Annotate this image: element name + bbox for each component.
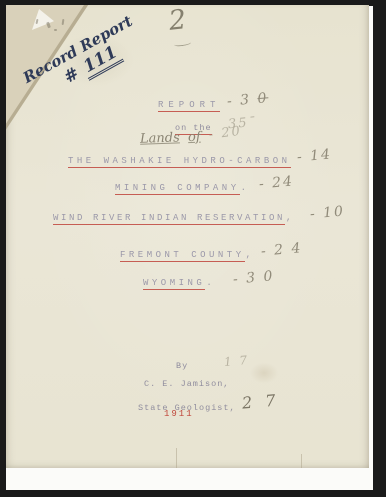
byline-role: State Geologist,2 7 — [138, 395, 279, 414]
company1-text: THE WASHAKIE HYDRO-CARBON — [68, 156, 291, 168]
by-text: By — [176, 361, 188, 371]
report-annotation-struck: 0 — [257, 90, 269, 107]
document-page: Record Report # 111 2 REPORT- 3 0 on the… — [6, 5, 369, 468]
county-annotation: - 2 4 — [260, 240, 303, 260]
title-line-company2: MINING COMPANY.- 24 — [115, 178, 294, 194]
title-line-reservation: WIND RIVER INDIAN RESERVATION,- 10 — [53, 208, 345, 224]
byline-year: 1911 — [164, 409, 194, 419]
state-text: WYOMING — [143, 278, 205, 290]
lands-annotation: - 20 — [208, 124, 243, 143]
reservation-annotation: - 10 — [309, 204, 345, 223]
by-annotation: 1 7 — [224, 353, 250, 369]
state-punct: . — [206, 278, 215, 288]
byline-author: C. E. Jamison, — [144, 379, 229, 389]
report-text: REPORT — [158, 100, 220, 112]
company1-annotation: - 14 — [296, 147, 332, 166]
county-punct: , — [246, 250, 255, 260]
page-number-flourish — [174, 40, 192, 47]
paper-crease — [301, 454, 302, 468]
byline-by: By1 7 — [176, 357, 249, 371]
scanned-document-frame: Record Report # 111 2 REPORT- 3 0 on the… — [0, 0, 386, 497]
report-annotation: - 3 0 — [227, 90, 270, 110]
page-number: 2 — [167, 4, 187, 37]
lands-word: Lands — [140, 130, 180, 146]
title-line-county: FREMONT COUNTY,- 2 4 — [120, 245, 302, 261]
county-text: FREMONT COUNTY — [120, 250, 245, 262]
state-annotation: - 3 0 — [233, 268, 276, 288]
title-line-report: REPORT- 3 0 — [158, 95, 269, 111]
role-annotation: 2 7 — [241, 390, 280, 412]
pencil-speck — [54, 29, 57, 31]
of-word: of — [188, 130, 201, 145]
title-line-state: WYOMING.- 3 0 — [143, 273, 275, 289]
reservation-punct: , — [286, 213, 294, 223]
title-line-company1: THE WASHAKIE HYDRO-CARBON- 14 — [68, 151, 332, 167]
title-line-lands-of: Lands of- 20 — [140, 128, 242, 147]
company2-punct: . — [241, 183, 250, 193]
company2-annotation: - 24 — [258, 174, 294, 193]
reservation-text: WIND RIVER INDIAN RESERVATION — [53, 213, 285, 225]
company2-text: MINING COMPANY — [115, 183, 240, 195]
paper-crease — [176, 448, 177, 468]
